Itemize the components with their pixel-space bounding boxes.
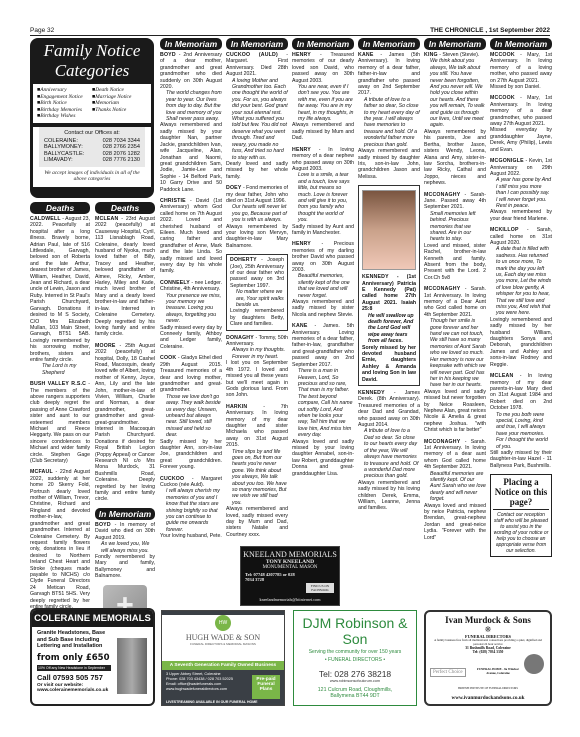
memoriam-column-4: In Memoriam CUCKOO (AULD) - Margaret. Fi… [226, 38, 288, 543]
notice: MCCONAGHY - Sarah. 1st Anniversary. In l… [424, 439, 486, 542]
memoriam-column-3: In Memoriam BOYD - 2nd Anniversary of a … [160, 38, 222, 545]
memoriam-column-5: In Memoriam HENRY - Treasured memories o… [292, 38, 354, 482]
images-note: We accept images of individuals in all o… [33, 167, 151, 187]
category-item: Thanks Notice [92, 107, 147, 114]
notice: MCCONAGHY - Sarah. 1st Anniversary. In l… [424, 286, 486, 433]
section-header-memoriam: In Memoriam [358, 38, 420, 50]
placing-notice-box: Placing a Notice on this page? Contact o… [490, 474, 552, 557]
portrait-photo [362, 190, 416, 270]
notice: KING - Steven (Stevie).We think about yo… [424, 52, 486, 187]
ad-hugh-wade: HW HUGH WADE & SON FUNERAL DIRECTORS & M… [161, 610, 285, 706]
category-item: Birthday Memories [37, 107, 92, 114]
ad-coleraine-memorials: COLERAINE MEMORIALS Granite Headstones, … [30, 608, 155, 706]
notice: MCCOOK - Mary, 1st Anniversary. In lovin… [490, 95, 552, 153]
category-item: Birth Notice [37, 100, 92, 107]
notice: COOK - Gladys Ethel died 29th August 201… [160, 355, 222, 470]
notice: MOORE - 25th August 2022 (peacefully) at… [95, 343, 155, 503]
section-header-memoriam: In Memoriam [226, 38, 288, 50]
category-item: Death Notice [92, 87, 147, 94]
memoriam-column-8: In Memoriam MCCOOK - Mary, 1st Anniversa… [490, 38, 552, 557]
section-header-memoriam: In Memoriam [95, 508, 155, 520]
notice: KANE - James (5th Anniversary). In lovin… [358, 52, 420, 180]
notice: MCCONAGHY - Sarah-Jane. Passed away 4th … [424, 192, 486, 282]
contact-offices: Contact our Offices at: COLERAINE:028 70… [39, 127, 145, 167]
notice: HENRY - Treasured memories of our dearly… [292, 52, 354, 142]
notice-boxed: KENNEDY - (1st Anniversary) Patricia E K… [358, 185, 420, 386]
notice: MCGONIGLE - Kevin, 1st Anniversary on 29… [490, 158, 552, 222]
category-item: Memoriam [92, 100, 147, 107]
notice: CUCKOO - Margaret Cuckoo (née Auld).I wi… [160, 476, 222, 540]
page-number: Page 32 [30, 27, 54, 34]
section-header-deaths: Deaths [30, 202, 90, 214]
category-item: Anniversary [37, 87, 92, 94]
family-notice-categories: Family Notice Categories Anniversary Dea… [30, 38, 154, 198]
ad-kneeland-memorials: KNEELAND MEMORIALS TONY KNEELAND MONUMEN… [240, 546, 340, 606]
crest-icon [524, 654, 544, 674]
ad-ivan-murdock: Ivan Murdock & Sons ❋ FUNERAL DIRECTORS … [424, 610, 552, 706]
category-list: Anniversary Death Notice Engagement Noti… [33, 84, 151, 123]
notice: HARKIN - 7th Anniversary. In loving memo… [226, 404, 288, 539]
memoriam-column-6: In Memoriam KANE - James (5th Anniversar… [358, 38, 420, 517]
page-header: Page 32 THE CHRONICLE , 1st September 20… [30, 26, 550, 36]
section-header-deaths: Deaths [95, 202, 155, 214]
categories-title: Family Notice Categories [33, 41, 151, 81]
hw-logo-icon: HW [215, 615, 231, 631]
notice: CUCKOO (AULD) - Margaret. First Annivers… [226, 52, 288, 180]
notice: BOYD - 2nd Anniversary of a dear mother,… [160, 52, 222, 193]
ad-djm-robinson: DJM Robinson & Son Serving the community… [293, 610, 417, 706]
deaths-column-1: Deaths CALDWELL - August 23, 2022. Peace… [30, 202, 90, 615]
notice: KENNEDY - James Derek. (8th Anniversary)… [358, 390, 420, 512]
memoriam-column-7: In Memoriam KING - Steven (Stevie).We th… [424, 38, 486, 546]
section-header-memoriam: In Memoriam [160, 38, 222, 50]
notice: MCLEAN - In loving memory of my dear par… [490, 373, 552, 469]
notice: MCCOOK - Mary, 1st Anniversary. In lovin… [490, 52, 552, 90]
paper-dateline: THE CHRONICLE , 1st September 2022 [430, 27, 550, 34]
notice: CALDWELL - August 23, 2022. Peacefully a… [30, 216, 90, 376]
notice: CONNEELY - nee Ledger. Christine, 4th An… [160, 280, 222, 350]
notice-boxed: DOHERTY - Joseph (Joe), 25th Anniversary… [226, 254, 288, 330]
notice: CHRISTIE - David (1st Anniversary) whom … [160, 198, 222, 275]
category-item: Engagement Notice [37, 94, 92, 101]
facebook-button[interactable]: FIND US ON FACEBOOK [306, 583, 334, 593]
notice: HENRY - Precious memories of my darling … [292, 241, 354, 318]
notice: DONAGHY - Tommy, 50th Anniversary.Always… [226, 335, 288, 399]
notice: BOYD - In memory of David who died on 30… [95, 522, 155, 580]
headstone-icon [117, 638, 147, 694]
notice: BUSH VALLEY R.S.C - The members of the a… [30, 381, 90, 464]
notice: HENRY - In loving memory of a dear nephe… [292, 147, 354, 237]
notice: MCKILLOP - Sarah, called home on 31st Au… [490, 227, 552, 368]
category-item: Marriage Notice [92, 94, 147, 101]
notice: MCFAUL - 22nd August 2022, suddenly at h… [30, 469, 90, 610]
notice: MCLEAN - 23rd August 2022 (peacefully) a… [95, 216, 155, 338]
section-header-memoriam: In Memoriam [490, 38, 552, 50]
deaths-column-2: Deaths MCLEAN - 23rd August 2022 (peacef… [95, 202, 155, 639]
notice: KANE - James. 5th Anniversary. Loving me… [292, 323, 354, 477]
section-header-memoriam: In Memoriam [292, 38, 354, 50]
category-item: Birthday Wishes [37, 113, 92, 120]
notice: DOEY - Fond memories of my dear father, … [226, 185, 288, 249]
section-header-memoriam: In Memoriam [424, 38, 486, 50]
